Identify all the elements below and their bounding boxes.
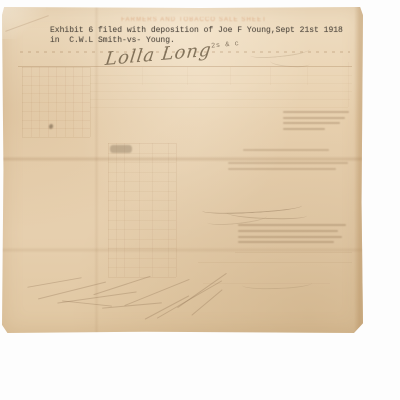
faint-text-line — [238, 224, 346, 226]
grid-line — [108, 162, 176, 163]
column-tick — [270, 67, 271, 85]
grid-line — [108, 181, 176, 182]
pencil-scribble — [145, 295, 190, 319]
faded-stamp-text: FARMERS AND TOBACCO SALE SHEET — [110, 17, 278, 23]
paper-sheet: FARMERS AND TOBACCO SALE SHEET Exhibit 6… — [2, 7, 363, 333]
grid-line — [108, 220, 176, 221]
column-tick — [230, 67, 231, 85]
form-rule — [198, 262, 352, 263]
grid-line — [108, 258, 176, 259]
scanned-document-image: FARMERS AND TOBACCO SALE SHEET Exhibit 6… — [0, 0, 400, 400]
faint-text-line — [243, 149, 329, 151]
grid-line — [22, 85, 90, 86]
grid-line — [22, 93, 90, 94]
faint-text-line — [238, 241, 334, 243]
faint-text-line — [283, 122, 340, 124]
ledger-row-line — [90, 107, 348, 108]
grid-line — [108, 267, 176, 268]
grid-line — [22, 111, 90, 112]
signature-note: 2s & c — [211, 40, 240, 50]
grid-line — [22, 76, 90, 77]
grid-line — [22, 137, 90, 138]
form-rule — [203, 283, 330, 284]
column-tick — [348, 62, 349, 107]
faint-text-line — [228, 168, 336, 170]
grid-line — [108, 191, 176, 192]
faint-text-line — [283, 117, 345, 119]
faint-text-line — [238, 230, 338, 232]
grid-line — [108, 172, 176, 173]
grid-line — [108, 153, 176, 154]
exhibit-note-line2: in C.W.L Smith-vs- Young. — [50, 36, 175, 45]
faint-text-line — [238, 236, 342, 238]
pencil-scrawl-bottom — [242, 278, 312, 290]
grid-line — [108, 210, 176, 211]
grid-line — [90, 67, 91, 137]
grid-line — [22, 120, 90, 121]
faint-text-line — [228, 162, 348, 164]
grid-line — [108, 239, 176, 240]
grid-line — [108, 143, 176, 144]
column-tick — [307, 67, 308, 85]
ledger-row-line — [90, 75, 352, 76]
column-tick — [142, 67, 143, 85]
faint-text-line — [283, 111, 349, 113]
grid-line — [22, 67, 90, 68]
pencil-scribble — [93, 276, 150, 295]
ledger-row-line — [90, 99, 350, 100]
torn-right-edge — [354, 7, 363, 333]
faint-text-line — [283, 128, 325, 130]
ledger-row-line — [90, 91, 352, 92]
grid-line — [176, 143, 177, 277]
grid-line — [108, 248, 176, 249]
grid-line — [22, 102, 90, 103]
column-tick — [187, 67, 188, 85]
grid-line — [108, 200, 176, 201]
grid-line — [108, 229, 176, 230]
form-rule — [235, 252, 352, 253]
ledger-row-line — [90, 83, 352, 84]
grid-line — [22, 128, 90, 129]
pencil-scribble — [27, 277, 81, 288]
pencil-scribble — [62, 300, 112, 306]
